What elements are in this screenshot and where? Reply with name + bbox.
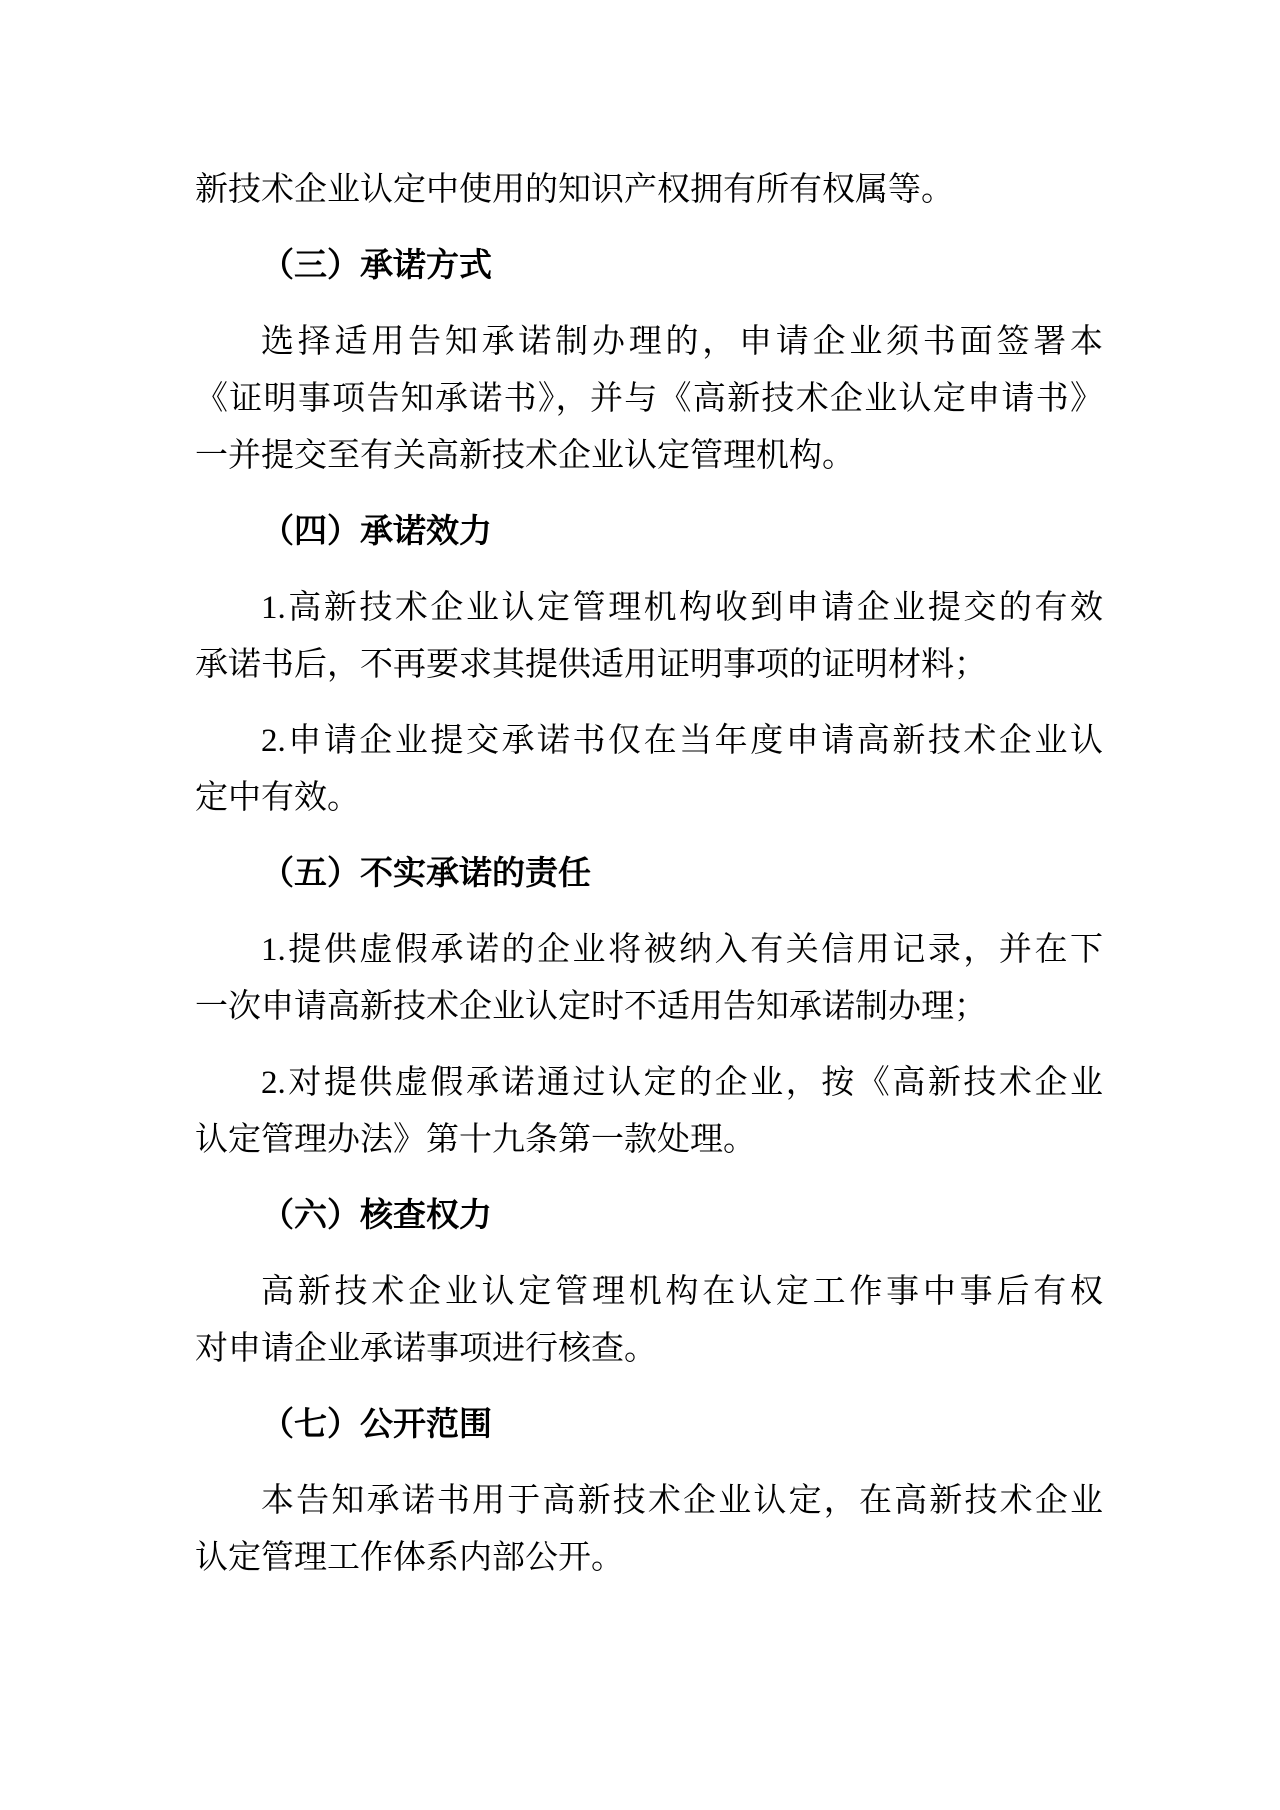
heading-text: （六）核查权力 [195, 1188, 1103, 1245]
section-heading-5: （五）不实承诺的责任 [195, 846, 1103, 903]
paragraph-line: 1.提供虚假承诺的企业将被纳入有关信用记录，并在下 [195, 922, 1103, 979]
paragraph: 选择适用告知承诺制办理的，申请企业须书面签署本 《证明事项告知承诺书》，并与《高… [195, 314, 1103, 485]
paragraph-line: 1.高新技术企业认定管理机构收到申请企业提交的有效 [195, 580, 1103, 637]
paragraph-line: 高新技术企业认定管理机构在认定工作事中事后有权 [195, 1264, 1103, 1321]
paragraph: 2.申请企业提交承诺书仅在当年度申请高新技术企业认 定中有效。 [195, 713, 1103, 827]
paragraph-line: 认定管理工作体系内部公开。 [195, 1530, 1103, 1587]
paragraph: 本告知承诺书用于高新技术企业认定，在高新技术企业 认定管理工作体系内部公开。 [195, 1473, 1103, 1587]
paragraph-line: 承诺书后，不再要求其提供适用证明事项的证明材料； [195, 637, 1103, 694]
paragraph-line: 2.对提供虚假承诺通过认定的企业，按《高新技术企业 [195, 1055, 1103, 1112]
paragraph-line: 《证明事项告知承诺书》，并与《高新技术企业认定申请书》 [195, 371, 1103, 428]
paragraph-line: 定中有效。 [195, 770, 1103, 827]
heading-text: （五）不实承诺的责任 [195, 846, 1103, 903]
paragraph-line: 2.申请企业提交承诺书仅在当年度申请高新技术企业认 [195, 713, 1103, 770]
paragraph-line: 本告知承诺书用于高新技术企业认定，在高新技术企业 [195, 1473, 1103, 1530]
paragraph-line: 选择适用告知承诺制办理的，申请企业须书面签署本 [195, 314, 1103, 371]
paragraph-line: 一并提交至有关高新技术企业认定管理机构。 [195, 428, 1103, 485]
paragraph-line: 对申请企业承诺事项进行核查。 [195, 1321, 1103, 1378]
paragraph-line: 一次申请高新技术企业认定时不适用告知承诺制办理； [195, 979, 1103, 1036]
section-heading-7: （七）公开范围 [195, 1397, 1103, 1454]
paragraph: 1.提供虚假承诺的企业将被纳入有关信用记录，并在下 一次申请高新技术企业认定时不… [195, 922, 1103, 1036]
paragraph: 高新技术企业认定管理机构在认定工作事中事后有权 对申请企业承诺事项进行核查。 [195, 1264, 1103, 1378]
paragraph: 1.高新技术企业认定管理机构收到申请企业提交的有效 承诺书后，不再要求其提供适用… [195, 580, 1103, 694]
section-heading-6: （六）核查权力 [195, 1188, 1103, 1245]
heading-text: （七）公开范围 [195, 1397, 1103, 1454]
document-content: 新技术企业认定中使用的知识产权拥有所有权属等。 （三）承诺方式 选择适用告知承诺… [195, 162, 1103, 1587]
heading-text: （三）承诺方式 [195, 238, 1103, 295]
heading-text: （四）承诺效力 [195, 504, 1103, 561]
paragraph: 2.对提供虚假承诺通过认定的企业，按《高新技术企业 认定管理办法》第十九条第一款… [195, 1055, 1103, 1169]
document-page: 新技术企业认定中使用的知识产权拥有所有权属等。 （三）承诺方式 选择适用告知承诺… [0, 0, 1280, 1810]
section-heading-4: （四）承诺效力 [195, 504, 1103, 561]
paragraph-continuation: 新技术企业认定中使用的知识产权拥有所有权属等。 [195, 162, 1103, 219]
section-heading-3: （三）承诺方式 [195, 238, 1103, 295]
paragraph-line: 新技术企业认定中使用的知识产权拥有所有权属等。 [195, 162, 1103, 219]
paragraph-line: 认定管理办法》第十九条第一款处理。 [195, 1112, 1103, 1169]
